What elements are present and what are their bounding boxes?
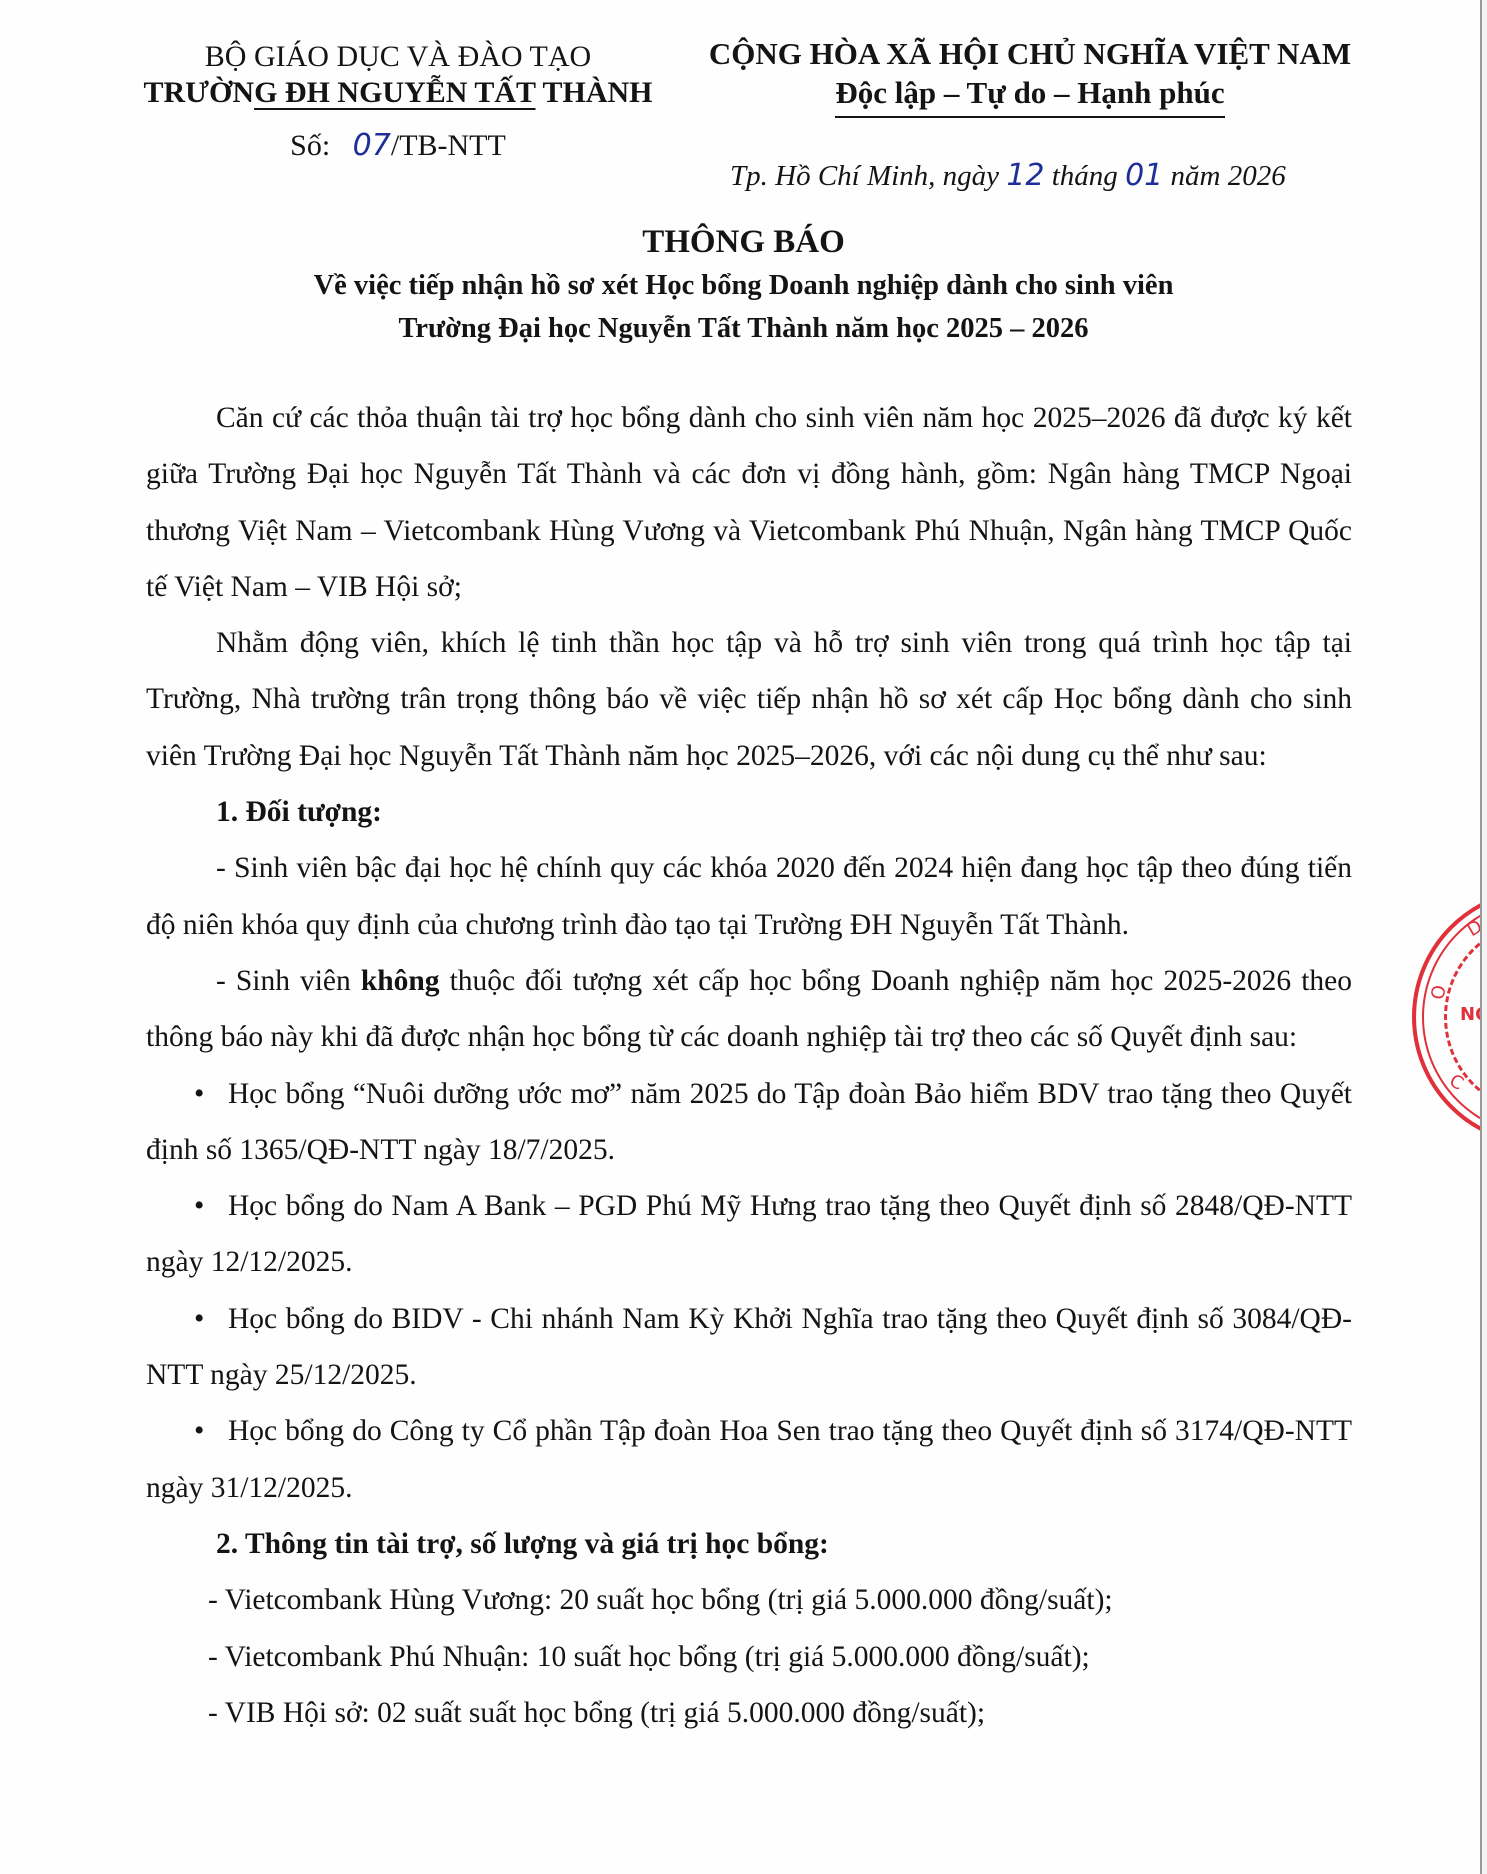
- official-seal-icon: D O NG C: [1412, 888, 1480, 1146]
- seal-letter: O: [1428, 984, 1451, 1002]
- stamp-clip: D O NG C: [0, 0, 1480, 1874]
- seal-letter: NG: [1460, 1004, 1480, 1025]
- seal-letter: C: [1446, 1070, 1467, 1094]
- seal-letter: D: [1464, 916, 1480, 941]
